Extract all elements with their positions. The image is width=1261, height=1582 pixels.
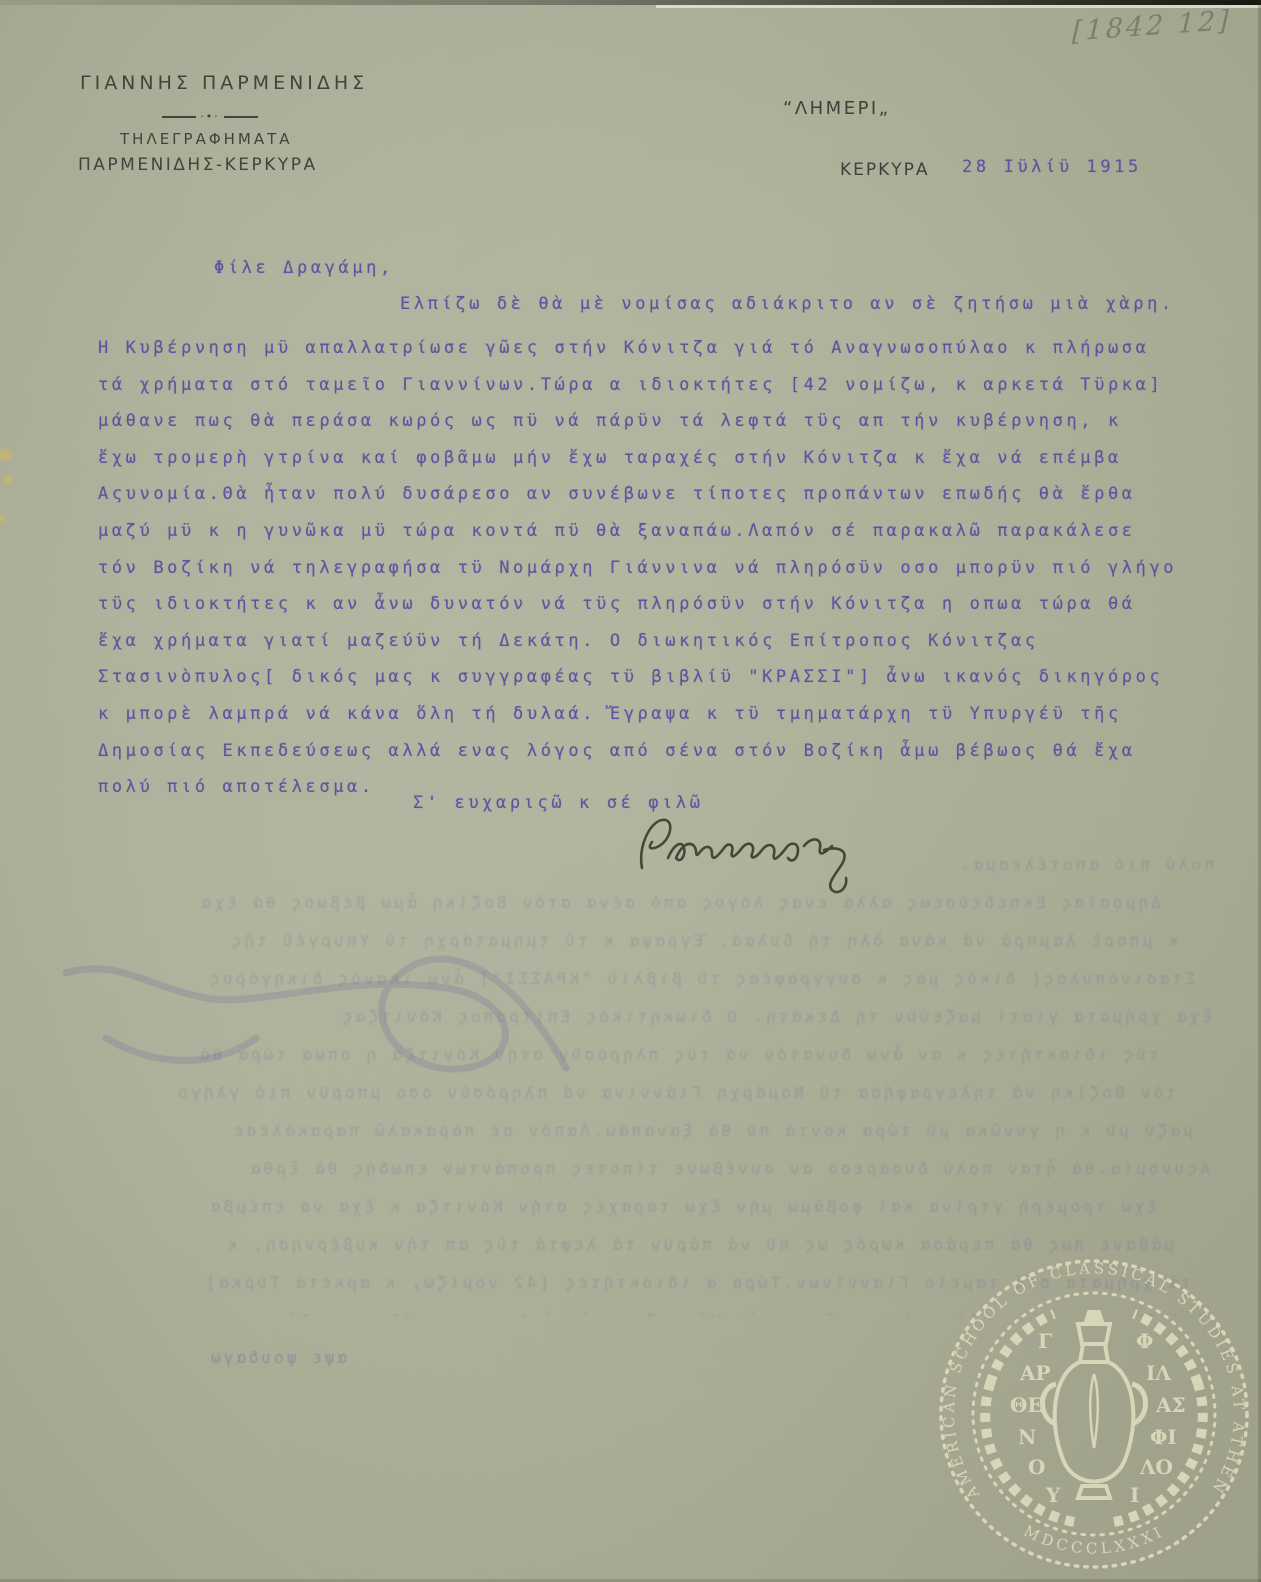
letterhead-telegraph-address: ΠΑΡΜΕΝΙΔΗΣ-ΚΕΡΚΥΡΑ (78, 155, 318, 175)
paper-stain (2, 474, 15, 485)
letter-line: τόν Βοζίκη νά τηλεγραφήσα τϋ Νομάρχη Γιά… (98, 550, 1177, 587)
svg-text:ΦΙ: ΦΙ (1150, 1425, 1177, 1449)
letter-line: Αςυνομία.Θὰ ἦταν πολύ δυσάρεσο αν συνέβω… (98, 476, 1177, 513)
letterhead-telegraph-label: ΤΗΛΕΓΡΑΦΗΜΑΤΑ (120, 130, 293, 148)
svg-text:Γ: Γ (1038, 1329, 1052, 1353)
paper-stain (0, 448, 14, 462)
bleedthrough-scrawl (26, 918, 586, 1108)
svg-text:ΛΟ: ΛΟ (1139, 1455, 1173, 1479)
amphora-icon (1043, 1312, 1146, 1498)
letterhead-divider-ornament: ·•· (150, 114, 270, 120)
letterhead-name: ΓΙΑΝΝΗΣ ΠΑΡΜΕΝΙΔΗΣ (80, 72, 368, 94)
typed-date: 28 Ιϋλίϋ 1915 (962, 157, 1142, 177)
svg-text:ΘΕ: ΘΕ (1010, 1393, 1043, 1417)
svg-text:Ν: Ν (1018, 1425, 1036, 1449)
seal-year-text: MDCCCLXXXI (1021, 1522, 1168, 1558)
letter-line: μαζύ μϋ κ η γυνῶκα μϋ τώρα κοντά πϋ θὰ ξ… (98, 513, 1177, 550)
letter-line: Δημοσίας Εκπεδεύσεως αλλά ενας λόγος από… (98, 733, 1177, 770)
svg-text:Υ: Υ (1045, 1483, 1061, 1507)
scanned-letter-page: [1842 12] ΓΙΑΝΝΗΣ ΠΑΡΜΕΝΙΔΗΣ ·•· ΤΗΛΕΓΡΑ… (0, 0, 1261, 1582)
letter-line: μάθανε πως θὰ περάσα κωρός ως πϋ νά πάρϋ… (98, 403, 1177, 440)
svg-text:ΑΡ: ΑΡ (1019, 1361, 1051, 1385)
letter-line: τά χρήματα στό ταμεῖο Γιαννίνων.Τώρα α ι… (98, 367, 1177, 404)
svg-text:Φ: Φ (1136, 1329, 1153, 1353)
bleedthrough-line: μαζύ μϋ κ η γυνῶκα μϋ τώρα κοντά πϋ θὰ ξ… (64, 1112, 1193, 1150)
bleedthrough-word: αψε ψουδαγω (208, 1348, 347, 1367)
scan-edge-highlight (656, 5, 1261, 8)
letter-line: ἔχω τρομερὴ γτρίνα καί φοβᾶμω μήν ἔχω τα… (98, 440, 1177, 477)
letter-line: κ μπορὲ λαμπρά νά κάνα ὅλη τή δυλαά. Ἔγρ… (98, 696, 1177, 733)
bleedthrough-line: πολύ πιό αποτέλεσμα. (64, 846, 1214, 884)
institution-seal: AMERICAN SCHOOL OF CLASSICAL STUDIES AT … (928, 1248, 1260, 1580)
svg-text:ΑΣ: ΑΣ (1155, 1393, 1186, 1417)
salutation: Φίλε Δραγάμη, (214, 258, 394, 278)
place-label: ΚΕΡΚΥΡΑ (840, 160, 930, 180)
svg-text:Ο: Ο (1028, 1455, 1045, 1479)
letter-line: Η Κυβέρνηση μϋ απαλλατρίωσε γῶες στήν Κό… (98, 330, 1177, 367)
house-name: “ΛΗΜΕΡΙ„ (783, 98, 891, 119)
letter-body: Η Κυβέρνηση μϋ απαλλατρίωσε γῶες στήν Κό… (98, 330, 1177, 806)
letter-line: ἔχα χρήματα γιατί μαζεύϋν τή Δεκάτη. Ο δ… (98, 623, 1177, 660)
letter-line: Στασινὸπυλος[ δικός μας κ συγγραφέας τϋ … (98, 659, 1177, 696)
svg-text:Ι: Ι (1130, 1483, 1139, 1507)
archival-note: [1842 12] (1072, 4, 1253, 48)
paper-stain (0, 514, 7, 523)
bleedthrough-line: Αςυνομία.Θὰ ἦταν πολύ δυσάρεσο αν συνέβω… (64, 1150, 1210, 1188)
letter-line: τϋς ιδιοκτήτες κ αν ἆνω δυνατόν νά τϋς π… (98, 586, 1177, 623)
bleedthrough-line: Δημοσίας Εκπεδεύσεως αλλά ενας λόγος από… (64, 884, 1161, 922)
svg-text:ΙΛ: ΙΛ (1146, 1361, 1171, 1385)
bleedthrough-line: ἔχω τρομερὴ γτρίνα καί φοβᾶμω μήν ἔχω τα… (64, 1188, 1157, 1226)
opening-line: Ελπίζω δὲ θὰ μὲ νομίσας αδιάκριτο αν σὲ … (400, 294, 1175, 314)
